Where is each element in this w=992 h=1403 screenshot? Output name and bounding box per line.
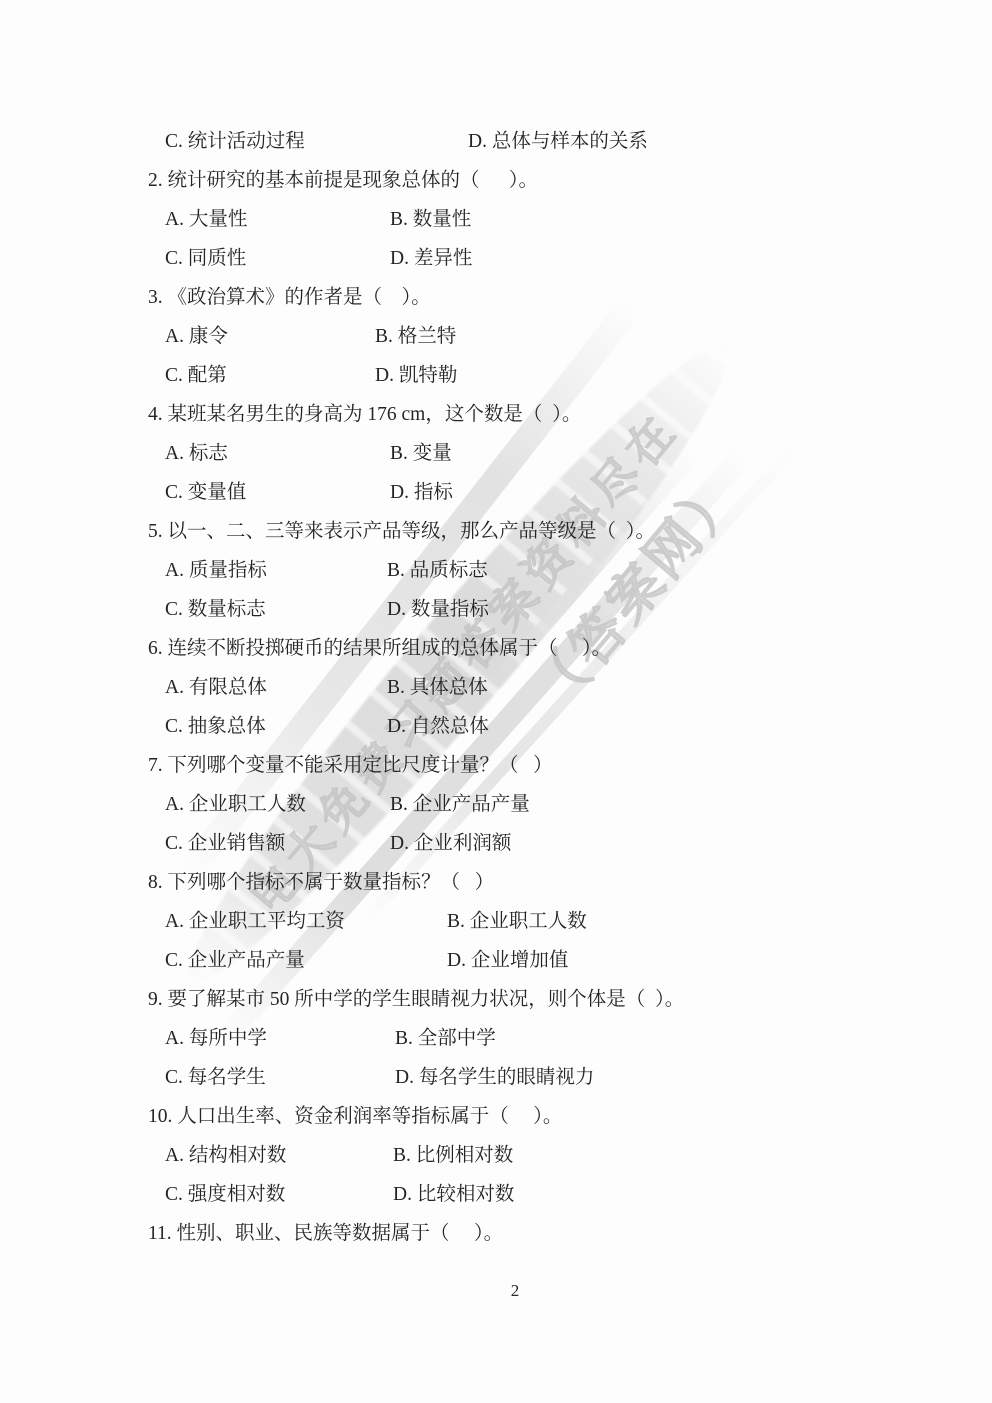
option-c: C. 企业产品产量	[165, 947, 447, 986]
option-d: D. 总体与样本的关系	[468, 128, 648, 167]
options-row: A. 康令B. 格兰特	[148, 323, 952, 362]
options-row: A. 结构相对数B. 比例相对数	[148, 1142, 952, 1181]
option-a: A. 企业职工平均工资	[165, 908, 447, 947]
option-d: D. 凯特勒	[375, 362, 457, 401]
option-b: B. 数量性	[390, 206, 471, 245]
options-row: C. 抽象总体D. 自然总体	[148, 713, 952, 752]
question-text: 2. 统计研究的基本前提是现象总体的（ ）。	[148, 170, 538, 191]
question-text: 10. 人口出生率、资金利润率等指标属于（ ）。	[148, 1106, 562, 1127]
options-row: C. 企业产品产量D. 企业增加值	[148, 947, 952, 986]
option-b: B. 变量	[390, 440, 452, 479]
option-c: C. 同质性	[165, 245, 390, 284]
question-row: 6. 连续不断投掷硬币的结果所组成的总体属于（ ）。	[148, 635, 952, 674]
options-row: A. 企业职工人数B. 企业产品产量	[148, 791, 952, 830]
option-b: B. 全部中学	[395, 1025, 496, 1064]
options-row: C. 统计活动过程D. 总体与样本的关系	[148, 128, 952, 167]
option-c: C. 强度相对数	[165, 1181, 393, 1220]
options-row: A. 每所中学B. 全部中学	[148, 1025, 952, 1064]
option-a: A. 质量指标	[165, 557, 387, 596]
document-page: 电大免费习题答案资料尽在 （答案网） C. 统计活动过程D. 总体与样本的关系2…	[0, 0, 992, 1403]
option-b: B. 企业职工人数	[447, 908, 587, 947]
option-a: A. 有限总体	[165, 674, 387, 713]
option-b: B. 格兰特	[375, 323, 456, 362]
options-row: A. 有限总体B. 具体总体	[148, 674, 952, 713]
question-text: 6. 连续不断投掷硬币的结果所组成的总体属于（ ）。	[148, 638, 611, 659]
question-text: 9. 要了解某市 50 所中学的学生眼睛视力状况，则个体是（ ）。	[148, 989, 684, 1010]
option-a: A. 每所中学	[165, 1025, 395, 1064]
page-number: 2	[0, 1281, 992, 1301]
question-row: 10. 人口出生率、资金利润率等指标属于（ ）。	[148, 1103, 952, 1142]
question-list: C. 统计活动过程D. 总体与样本的关系2. 统计研究的基本前提是现象总体的（ …	[148, 128, 952, 1259]
option-a: A. 标志	[165, 440, 390, 479]
option-a: A. 康令	[165, 323, 375, 362]
option-d: D. 自然总体	[387, 713, 489, 752]
option-b: B. 品质标志	[387, 557, 488, 596]
option-a: A. 企业职工人数	[165, 791, 390, 830]
option-d: D. 数量指标	[387, 596, 489, 635]
options-row: C. 数量标志D. 数量指标	[148, 596, 952, 635]
question-row: 4. 某班某名男生的身高为 176 cm，这个数是（ ）。	[148, 401, 952, 440]
question-row: 5. 以一、二、三等来表示产品等级，那么产品等级是（ ）。	[148, 518, 952, 557]
options-row: C. 强度相对数D. 比较相对数	[148, 1181, 952, 1220]
options-row: A. 企业职工平均工资B. 企业职工人数	[148, 908, 952, 947]
options-row: C. 配第D. 凯特勒	[148, 362, 952, 401]
options-row: A. 大量性B. 数量性	[148, 206, 952, 245]
option-b: B. 企业产品产量	[390, 791, 530, 830]
question-row: 2. 统计研究的基本前提是现象总体的（ ）。	[148, 167, 952, 206]
option-c: C. 统计活动过程	[165, 128, 468, 167]
option-b: B. 具体总体	[387, 674, 488, 713]
options-row: C. 企业销售额D. 企业利润额	[148, 830, 952, 869]
option-d: D. 企业增加值	[447, 947, 568, 986]
question-text: 11. 性别、职业、民族等数据属于（ ）。	[148, 1223, 503, 1244]
option-c: C. 企业销售额	[165, 830, 390, 869]
question-text: 4. 某班某名男生的身高为 176 cm，这个数是（ ）。	[148, 404, 581, 425]
option-d: D. 企业利润额	[390, 830, 511, 869]
question-text: 3. 《政治算术》的作者是（ ）。	[148, 287, 431, 308]
option-c: C. 数量标志	[165, 596, 387, 635]
option-d: D. 差异性	[390, 245, 472, 284]
options-row: C. 同质性D. 差异性	[148, 245, 952, 284]
question-row: 7. 下列哪个变量不能采用定比尺度计量？（ ）	[148, 752, 952, 791]
question-row: 11. 性别、职业、民族等数据属于（ ）。	[148, 1220, 952, 1259]
option-d: D. 比较相对数	[393, 1181, 514, 1220]
question-row: 9. 要了解某市 50 所中学的学生眼睛视力状况，则个体是（ ）。	[148, 986, 952, 1025]
option-c: C. 配第	[165, 362, 375, 401]
options-row: C. 每名学生D. 每名学生的眼睛视力	[148, 1064, 952, 1103]
question-text: 8. 下列哪个指标不属于数量指标？（ ）	[148, 872, 494, 893]
question-text: 5. 以一、二、三等来表示产品等级，那么产品等级是（ ）。	[148, 521, 655, 542]
option-a: A. 大量性	[165, 206, 390, 245]
option-c: C. 每名学生	[165, 1064, 395, 1103]
options-row: A. 标志B. 变量	[148, 440, 952, 479]
option-d: D. 每名学生的眼睛视力	[395, 1064, 594, 1103]
question-row: 3. 《政治算术》的作者是（ ）。	[148, 284, 952, 323]
options-row: A. 质量指标B. 品质标志	[148, 557, 952, 596]
question-row: 8. 下列哪个指标不属于数量指标？（ ）	[148, 869, 952, 908]
option-a: A. 结构相对数	[165, 1142, 393, 1181]
options-row: C. 变量值D. 指标	[148, 479, 952, 518]
option-d: D. 指标	[390, 479, 453, 518]
question-text: 7. 下列哪个变量不能采用定比尺度计量？（ ）	[148, 755, 553, 776]
option-c: C. 抽象总体	[165, 713, 387, 752]
option-c: C. 变量值	[165, 479, 390, 518]
option-b: B. 比例相对数	[393, 1142, 513, 1181]
